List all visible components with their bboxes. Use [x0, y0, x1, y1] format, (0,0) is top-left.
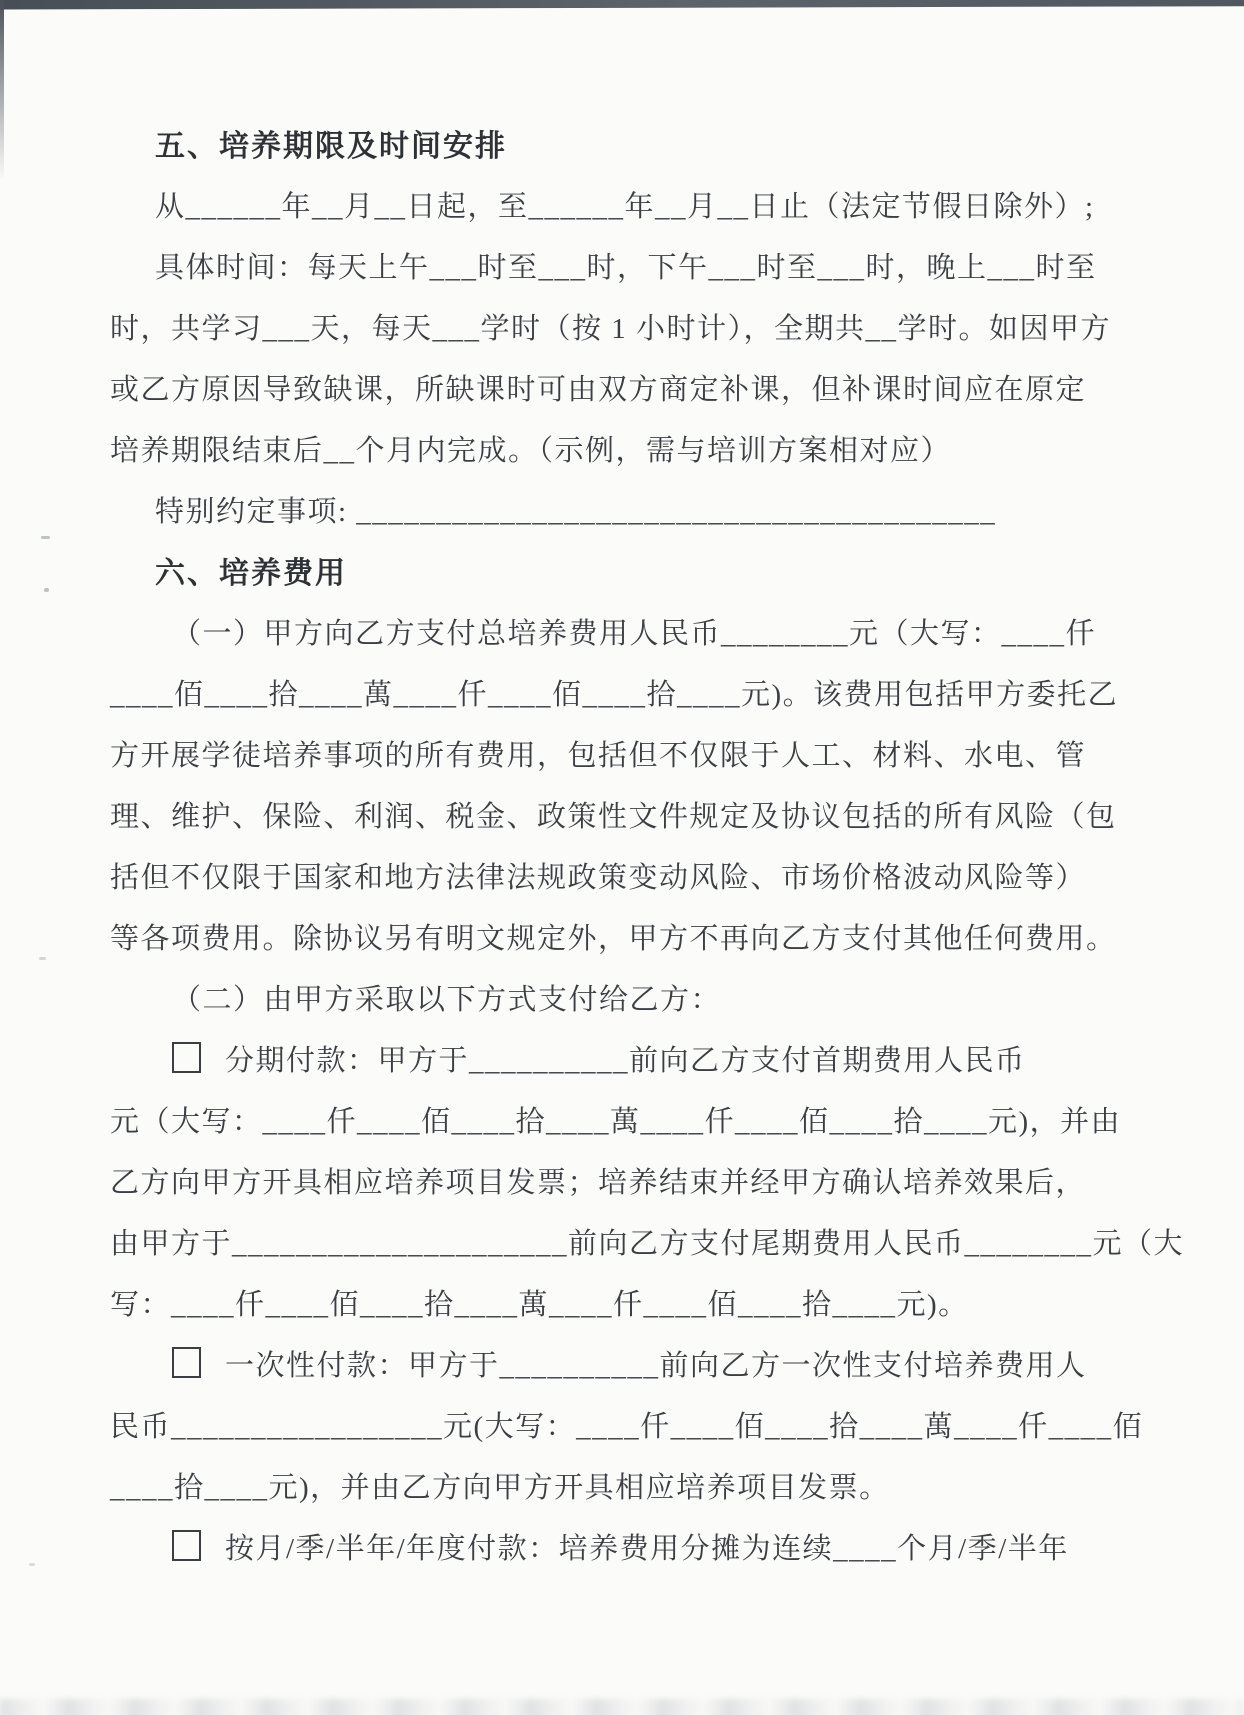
scan-speckle — [41, 536, 50, 539]
text-line: 特别约定事项: ________________________________… — [110, 482, 1140, 543]
line-text: 培养期限结束后__个月内完成。（示例，需与培训方案相对应） — [110, 435, 951, 467]
text-line: 由甲方于_____________________前向乙方支付尾期费用人民币__… — [110, 1214, 1140, 1275]
text-line: 时，共学习___天，每天___学时（按 1 小时计），全期共__学时。如因甲方 — [110, 299, 1140, 360]
line-text: 元（大写：____仟____佰____拾____萬____仟____佰____拾… — [110, 1106, 1121, 1138]
text-line: 括但不仅限于国家和地方法律法规政策变动风险、市场价格波动风险等） — [110, 848, 1140, 909]
text-line: （一）甲方向乙方支付总培养费用人民币________元（大写：____仟 — [110, 604, 1140, 665]
line-text: 特别约定事项: ________________________________… — [155, 496, 996, 528]
text-line: 培养期限结束后__个月内完成。（示例，需与培训方案相对应） — [110, 421, 1140, 482]
line-text: 分期付款：甲方于__________前向乙方支付首期费用人民币 — [225, 1045, 1026, 1077]
scan-speckle — [44, 588, 49, 592]
line-text: 从______年__月__日起，至______年__月__日止（法定节假日除外）… — [155, 191, 1095, 223]
line-text: 具体时间：每天上午___时至___时，下午___时至___时，晚上___时至 — [155, 252, 1097, 284]
scan-edge-top — [0, 0, 1244, 10]
line-text: ____拾____元)，并由乙方向甲方开具相应培养项目发票。 — [110, 1472, 890, 1504]
scanned-contract-page: 五、培养期限及时间安排从______年__月__日起，至______年__月__… — [0, 0, 1244, 1715]
text-line: 方开展学徒培养事项的所有费用，包括但不仅限于人工、材料、水电、管 — [110, 726, 1140, 787]
line-text: 一次性付款：甲方于__________前向乙方一次性支付培养费用人 — [225, 1350, 1087, 1382]
text-line: 元（大写：____仟____佰____拾____萬____仟____佰____拾… — [110, 1092, 1140, 1153]
line-text: 或乙方原因导致缺课，所缺课时可由双方商定补课，但补课时间应在原定 — [110, 374, 1086, 406]
text-line: 等各项费用。除协议另有明文规定外，甲方不再向乙方支付其他任何费用。 — [110, 909, 1140, 970]
scan-edge-left — [0, 0, 4, 180]
line-text: 按月/季/半年/年度付款：培养费用分摊为连续____个月/季/半年 — [225, 1533, 1069, 1565]
heading-text: 六、培养费用 — [155, 557, 347, 590]
line-text: 等各项费用。除协议另有明文规定外，甲方不再向乙方支付其他任何费用。 — [110, 923, 1117, 955]
text-line: 乙方向甲方开具相应培养项目发票；培养结束并经甲方确认培养效果后， — [110, 1153, 1140, 1214]
line-text: 方开展学徒培养事项的所有费用，包括但不仅限于人工、材料、水电、管 — [110, 740, 1086, 772]
page-bottom-ghost-text — [0, 1699, 1244, 1715]
scan-speckle — [39, 957, 46, 960]
line-text: 由甲方于_____________________前向乙方支付尾期费用人民币__… — [110, 1228, 1184, 1260]
text-line: 或乙方原因导致缺课，所缺课时可由双方商定补课，但补课时间应在原定 — [110, 360, 1140, 421]
line-text: 写：____仟____佰____拾____萬____仟____佰____拾___… — [110, 1289, 969, 1321]
line-text: 括但不仅限于国家和地方法律法规政策变动风险、市场价格波动风险等） — [110, 862, 1086, 894]
text-line: ____拾____元)，并由乙方向甲方开具相应培养项目发票。 — [110, 1458, 1140, 1519]
checkbox-icon — [172, 1347, 201, 1378]
line-text: （一）甲方向乙方支付总培养费用人民币________元（大写：____仟 — [172, 618, 1096, 650]
text-line: 按月/季/半年/年度付款：培养费用分摊为连续____个月/季/半年 — [110, 1519, 1140, 1580]
text-line: 一次性付款：甲方于__________前向乙方一次性支付培养费用人 — [110, 1336, 1140, 1397]
document-body: 五、培养期限及时间安排从______年__月__日起，至______年__月__… — [110, 116, 1140, 1580]
section-heading: 五、培养期限及时间安排 — [110, 116, 1140, 177]
text-line: 从______年__月__日起，至______年__月__日止（法定节假日除外）… — [110, 177, 1140, 238]
checkbox-icon — [172, 1530, 201, 1561]
line-text: 理、维护、保险、利润、税金、政策性文件规定及协议包括的所有风险（包 — [110, 801, 1117, 833]
text-line: 民币_________________元(大写：____仟____佰____拾_… — [110, 1397, 1140, 1458]
line-text: 乙方向甲方开具相应培养项目发票；培养结束并经甲方确认培养效果后， — [110, 1167, 1086, 1199]
text-line: 具体时间：每天上午___时至___时，下午___时至___时，晚上___时至 — [110, 238, 1140, 299]
text-line: 写：____仟____佰____拾____萬____仟____佰____拾___… — [110, 1275, 1140, 1336]
line-text: 时，共学习___天，每天___学时（按 1 小时计），全期共__学时。如因甲方 — [110, 313, 1111, 345]
text-line: （二）由甲方采取以下方式支付给乙方： — [110, 970, 1140, 1031]
heading-text: 五、培养期限及时间安排 — [155, 130, 507, 163]
line-text: （二）由甲方采取以下方式支付给乙方： — [172, 984, 721, 1016]
section-heading: 六、培养费用 — [110, 543, 1140, 604]
checkbox-icon — [172, 1042, 201, 1073]
text-line: ____佰____拾____萬____仟____佰____拾____元)。该费用… — [110, 665, 1140, 726]
scan-speckle — [29, 1563, 35, 1566]
line-text: ____佰____拾____萬____仟____佰____拾____元)。该费用… — [110, 679, 1118, 711]
text-line: 分期付款：甲方于__________前向乙方支付首期费用人民币 — [110, 1031, 1140, 1092]
line-text: 民币_________________元(大写：____仟____佰____拾_… — [110, 1411, 1143, 1443]
text-line: 理、维护、保险、利润、税金、政策性文件规定及协议包括的所有风险（包 — [110, 787, 1140, 848]
